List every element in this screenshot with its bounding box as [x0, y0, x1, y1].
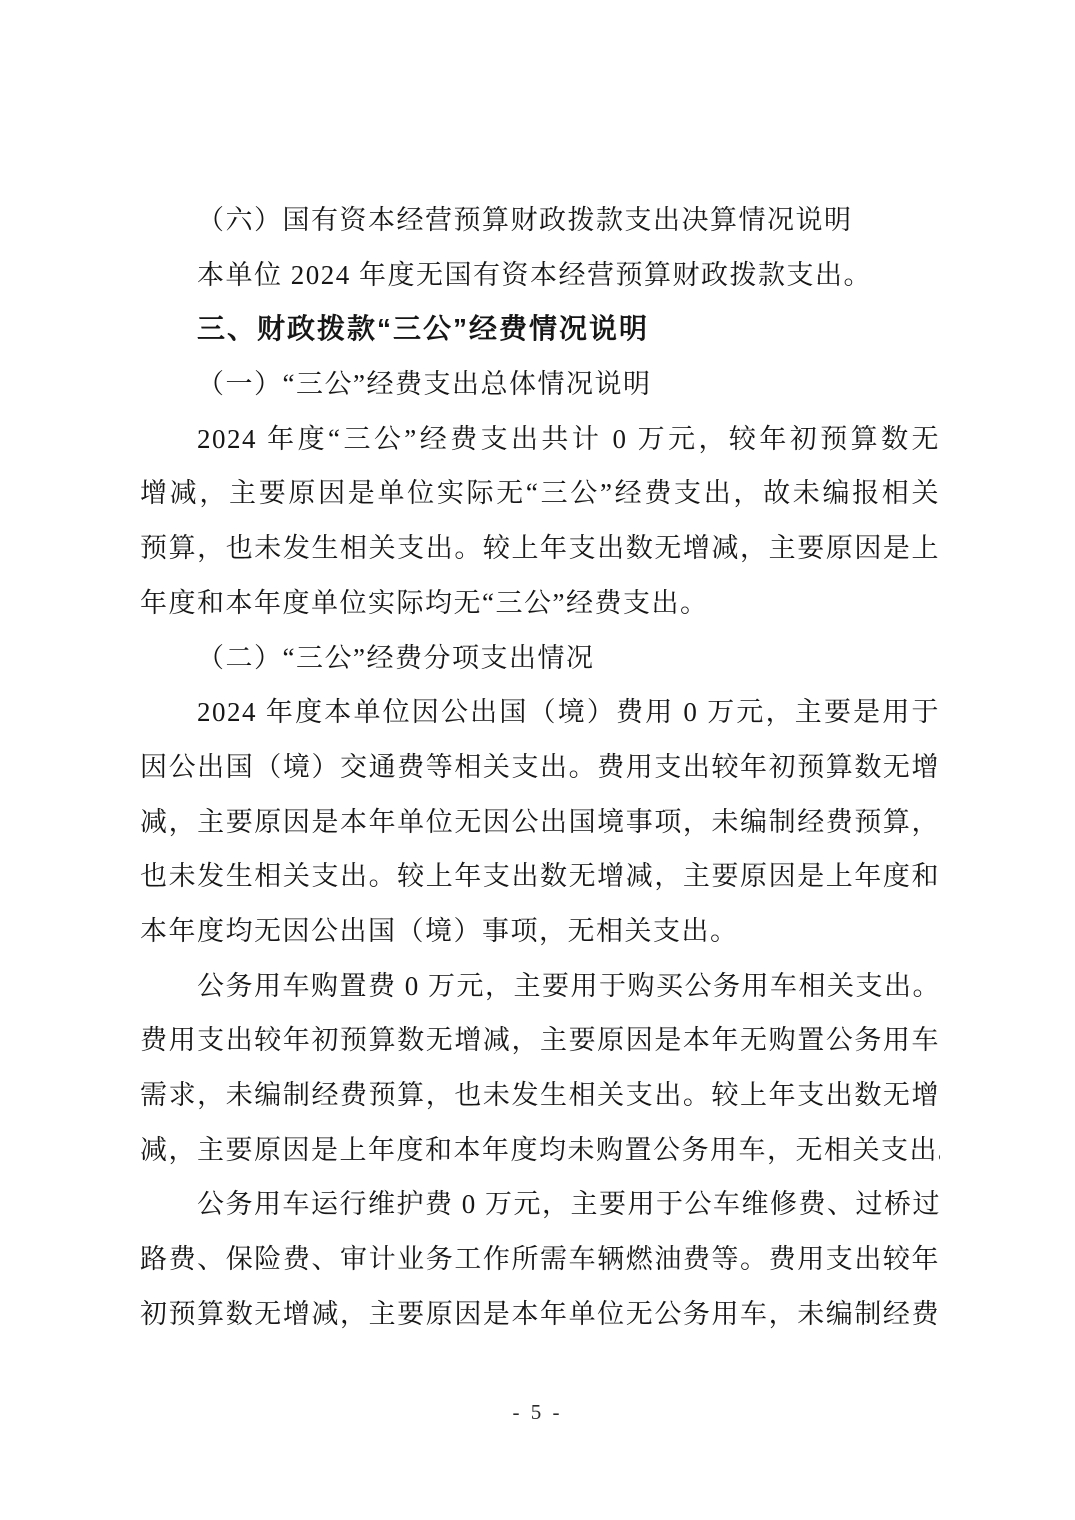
paragraph-line: 公务用车购置费 0 万元，主要用于购买公务用车相关支出。	[140, 959, 940, 1014]
paragraph-line: 因公出国（境）交通费等相关支出。费用支出较年初预算数无增	[140, 740, 940, 795]
paragraph-line: 本单位 2024 年度无国有资本经营预算财政拨款支出。	[140, 248, 940, 303]
page-footer: - 5 -	[0, 1400, 1075, 1425]
paragraph-line: （一）“三公”经费支出总体情况说明	[140, 357, 940, 412]
paragraph-line: 减，主要原因是上年度和本年度均未购置公务用车，无相关支出。	[140, 1123, 940, 1178]
paragraph-line: 本年度均无因公出国（境）事项，无相关支出。	[140, 904, 940, 959]
paragraph-line: （二）“三公”经费分项支出情况	[140, 631, 940, 686]
subsection-heading: （六）国有资本经营预算财政拨款支出决算情况说明	[140, 193, 940, 248]
paragraph-line: 增减，主要原因是单位实际无“三公”经费支出，故未编报相关	[140, 466, 940, 521]
paragraph-line: （六）国有资本经营预算财政拨款支出决算情况说明	[140, 193, 940, 248]
paragraph-line: 路费、保险费、审计业务工作所需车辆燃油费等。费用支出较年	[140, 1232, 940, 1287]
paragraph: 2024 年度“三公”经费支出共计 0 万元，较年初预算数无增减，主要原因是单位…	[140, 412, 940, 631]
document-page: （六）国有资本经营预算财政拨款支出决算情况说明本单位 2024 年度无国有资本经…	[0, 0, 1075, 1520]
page-number: - 5 -	[513, 1400, 563, 1424]
paragraph-line: 初预算数无增减，主要原因是本年单位无公务用车，未编制经费	[140, 1287, 940, 1342]
paragraph: 公务用车购置费 0 万元，主要用于购买公务用车相关支出。费用支出较年初预算数无增…	[140, 959, 940, 1178]
subsection-heading: （二）“三公”经费分项支出情况	[140, 631, 940, 686]
subsection-heading: （一）“三公”经费支出总体情况说明	[140, 357, 940, 412]
paragraph-line: 年度和本年度单位实际均无“三公”经费支出。	[140, 576, 940, 631]
paragraph-line: 公务用车运行维护费 0 万元，主要用于公车维修费、过桥过	[140, 1177, 940, 1232]
paragraph: 本单位 2024 年度无国有资本经营预算财政拨款支出。	[140, 248, 940, 303]
section-heading: 三、财政拨款“三公”经费情况说明	[140, 302, 940, 357]
paragraph-line: 也未发生相关支出。较上年支出数无增减，主要原因是上年度和	[140, 849, 940, 904]
paragraph-line: 2024 年度本单位因公出国（境）费用 0 万元，主要是用于	[140, 685, 940, 740]
paragraph-line: 减，主要原因是本年单位无因公出国境事项，未编制经费预算，	[140, 795, 940, 850]
document-body: （六）国有资本经营预算财政拨款支出决算情况说明本单位 2024 年度无国有资本经…	[140, 193, 940, 1341]
paragraph: 公务用车运行维护费 0 万元，主要用于公车维修费、过桥过路费、保险费、审计业务工…	[140, 1177, 940, 1341]
paragraph-line: 预算，也未发生相关支出。较上年支出数无增减，主要原因是上	[140, 521, 940, 576]
paragraph-line: 需求，未编制经费预算，也未发生相关支出。较上年支出数无增	[140, 1068, 940, 1123]
paragraph: 2024 年度本单位因公出国（境）费用 0 万元，主要是用于因公出国（境）交通费…	[140, 685, 940, 958]
paragraph-line: 2024 年度“三公”经费支出共计 0 万元，较年初预算数无	[140, 412, 940, 467]
paragraph-line: 三、财政拨款“三公”经费情况说明	[140, 302, 940, 357]
paragraph-line: 费用支出较年初预算数无增减，主要原因是本年无购置公务用车	[140, 1013, 940, 1068]
